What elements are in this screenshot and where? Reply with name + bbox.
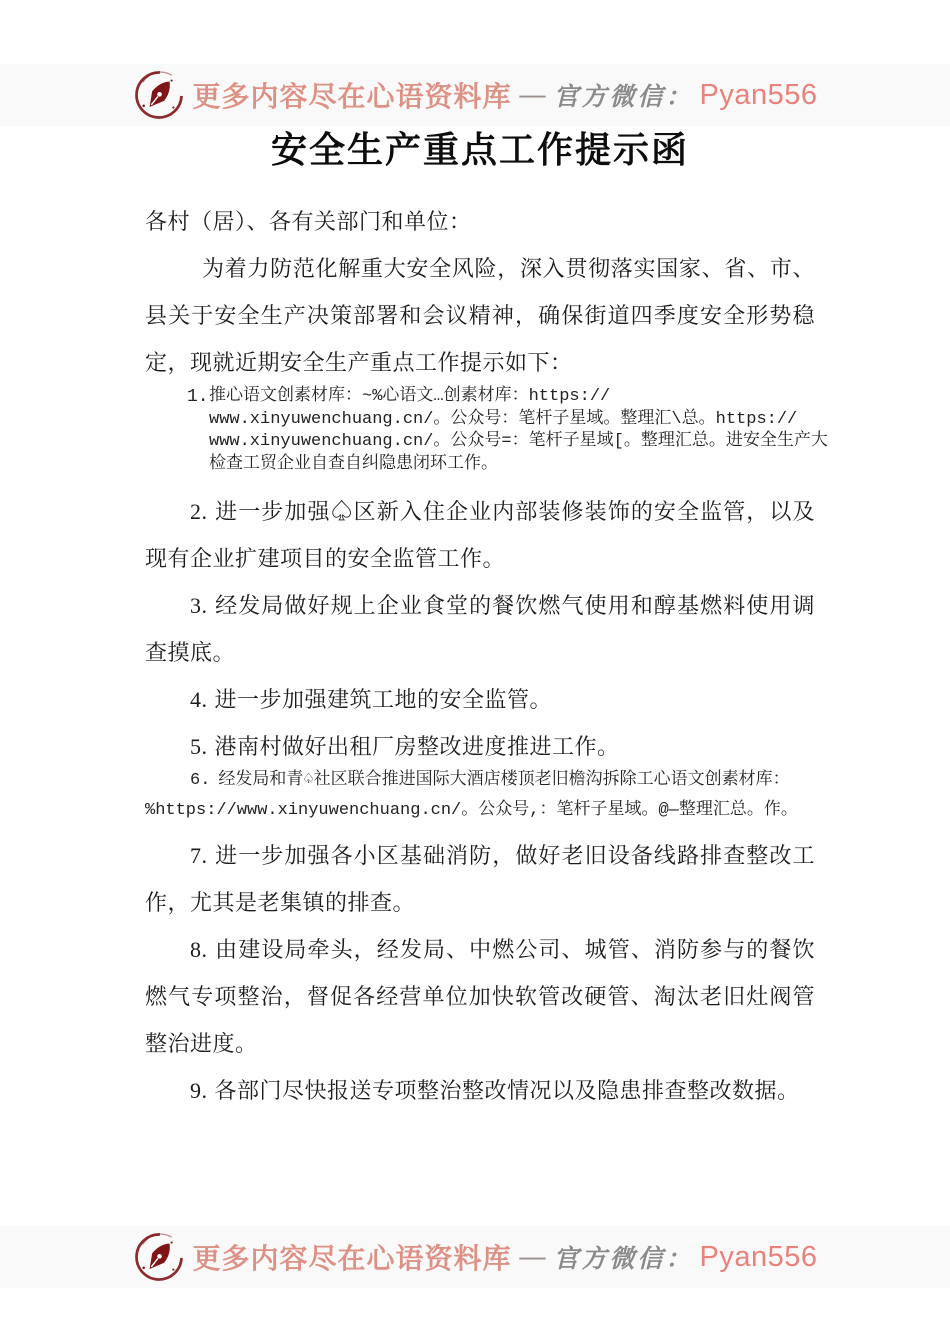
list-item-3: 3.经发局做好规上企业食堂的餐饮燃气使用和醇基燃料使用调查摸底。	[145, 582, 815, 676]
intro-paragraph: 为着力防范化解重大安全风险，深入贯彻落实国家、省、市、县关于安全生产决策部署和会…	[145, 245, 815, 386]
item-6-text: 经发局和青♤社区联合推进国际大酒店楼顶老旧檐沟拆除工心语文创素材库：	[218, 771, 789, 790]
item-5-text: 港南村做好出租厂房整改进度推进工作。	[215, 734, 620, 759]
watermark-wechat-account: Pyan556	[700, 1241, 818, 1274]
document-page: 更多内容尽在心语资料库 — 官方微信： Pyan556 安全生产重点工作提示函 …	[0, 0, 950, 1344]
list-item-7: 7.进一步加强各小区基础消防，做好老旧设备线路排查整改工作，尤其是老集镇的排查。	[145, 832, 815, 926]
list-item-2: 2.进一步加强♤区新入住企业内部装修装饰的安全监管，以及现有企业扩建项目的安全监…	[145, 488, 815, 582]
list-item-6: 6.经发局和青♤社区联合推进国际大酒店楼顶老旧檐沟拆除工心语文创素材库： %ht…	[145, 766, 845, 826]
item-1-text: 推心语文创素材库：~%心语文…创素材库：https:// www.xinyuwe…	[209, 386, 845, 476]
item-1-line: www.xinyuwenchuang.cn/。公众号=：笔杆子星域[。整理汇总。…	[209, 431, 845, 454]
item-9-number: 9.	[190, 1078, 208, 1103]
item-5-number: 5.	[190, 734, 208, 759]
item-6-number: 6.	[190, 771, 210, 790]
watermark-wechat-account: Pyan556	[700, 79, 818, 112]
list-item-5: 5.港南村做好出租厂房整改进度推进工作。	[145, 723, 815, 770]
item-3-text: 经发局做好规上企业食堂的餐饮燃气使用和醇基燃料使用调查摸底。	[145, 593, 815, 665]
item-4-number: 4.	[190, 687, 208, 712]
document-title: 安全生产重点工作提示函	[145, 128, 815, 172]
item-7-text: 进一步加强各小区基础消防，做好老旧设备线路排查整改工作，尤其是老集镇的排查。	[145, 843, 815, 915]
watermark-dash: —	[520, 80, 546, 110]
watermark-wechat-label: 官方微信：	[554, 1239, 694, 1275]
item-1-line: 推心语文创素材库：~%心语文…创素材库：https://	[209, 386, 845, 409]
item-1-line: 检查工贸企业自查自纠隐患闭环工作。	[209, 454, 845, 477]
item-3-number: 3.	[190, 593, 208, 618]
item-2-text: 进一步加强♤区新入住企业内部装修装饰的安全监管，以及现有企业扩建项目的安全监管工…	[145, 499, 815, 571]
pen-nib-logo-icon	[132, 1230, 186, 1284]
header-watermark: 更多内容尽在心语资料库 — 官方微信： Pyan556	[0, 64, 950, 126]
list-item-8: 8.由建设局牵头，经发局、中燃公司、城管、消防参与的餐饮燃气专项整治，督促各经营…	[145, 926, 815, 1067]
item-8-text: 由建设局牵头，经发局、中燃公司、城管、消防参与的餐饮燃气专项整治，督促各经营单位…	[145, 937, 815, 1056]
item-2-number: 2.	[190, 499, 208, 524]
item-6-line: %https://www.xinyuwenchuang.cn/。公众号,：笔杆子…	[145, 796, 845, 826]
list-item-9: 9.各部门尽快报送专项整治整改情况以及隐患排查整改数据。	[145, 1067, 815, 1114]
watermark-main-text: 更多内容尽在心语资料库	[192, 1237, 511, 1277]
pen-nib-logo-icon	[132, 68, 186, 122]
salutation: 各村（居）、各有关部门和单位：	[145, 198, 815, 245]
list-item-1: 1. 推心语文创素材库：~%心语文…创素材库：https:// www.xiny…	[187, 386, 845, 476]
item-6-line: 6.经发局和青♤社区联合推进国际大酒店楼顶老旧檐沟拆除工心语文创素材库：	[145, 766, 845, 796]
item-4-text: 进一步加强建筑工地的安全监管。	[215, 687, 553, 712]
watermark-main-text: 更多内容尽在心语资料库	[192, 75, 511, 115]
item-8-number: 8.	[190, 937, 208, 962]
item-1-line: www.xinyuwenchuang.cn/。公众号：笔杆子星域。整理汇\总。h…	[209, 409, 845, 432]
watermark-wechat-label: 官方微信：	[554, 77, 694, 113]
item-9-text: 各部门尽快报送专项整治整改情况以及隐患排查整改数据。	[215, 1078, 800, 1103]
list-item-4: 4.进一步加强建筑工地的安全监管。	[145, 676, 815, 723]
item-1-number: 1.	[187, 386, 209, 476]
item-7-number: 7.	[190, 843, 208, 868]
footer-watermark: 更多内容尽在心语资料库 — 官方微信： Pyan556	[0, 1226, 950, 1288]
watermark-dash: —	[520, 1242, 546, 1272]
